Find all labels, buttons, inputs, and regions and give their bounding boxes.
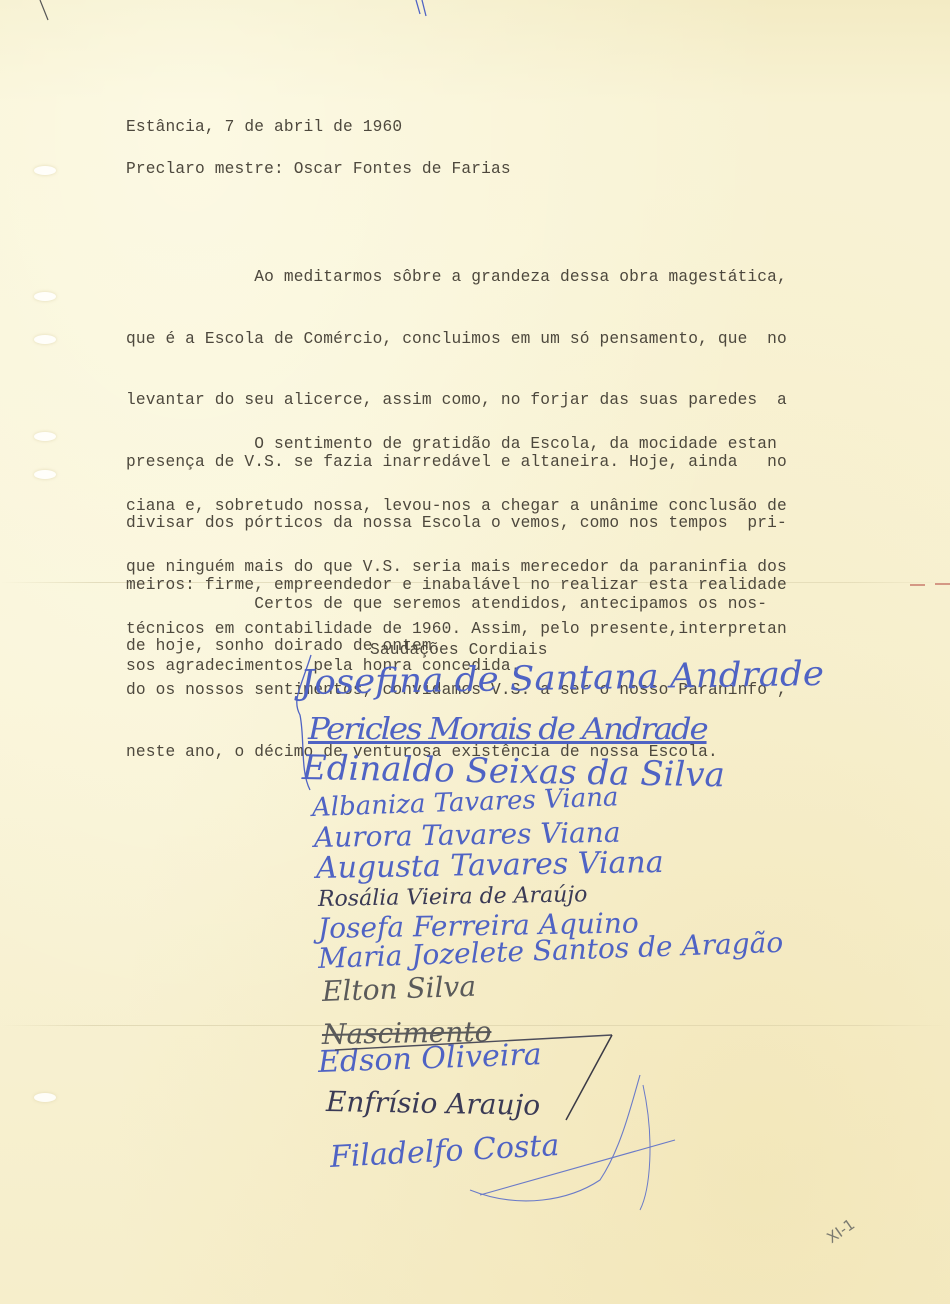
pen-strokes <box>0 0 950 1304</box>
